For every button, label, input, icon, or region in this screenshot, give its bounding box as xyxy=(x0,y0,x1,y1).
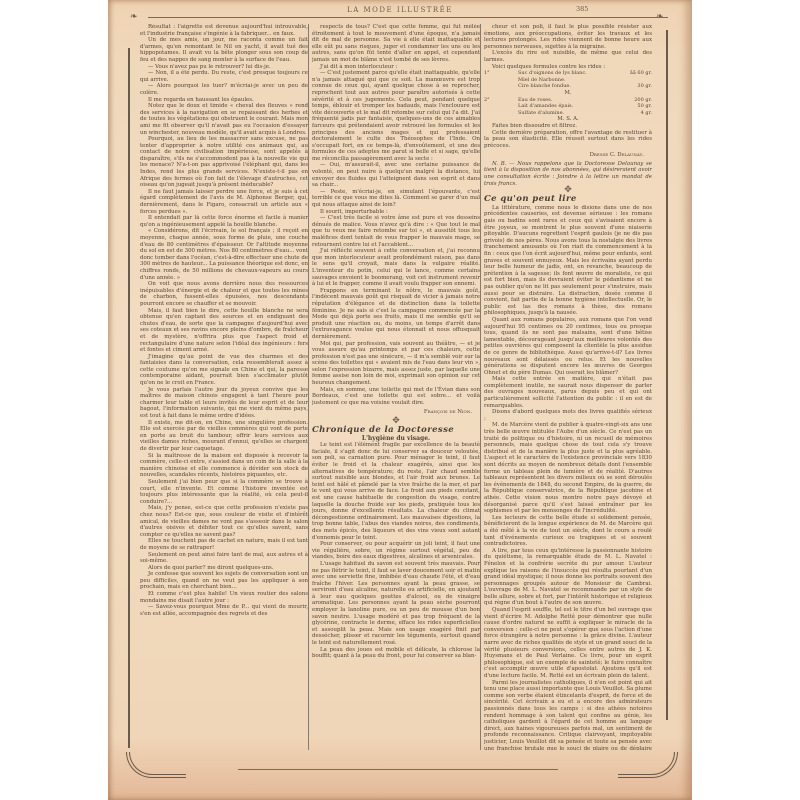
nb-note: N. B. — Nous rappelons que la Doctoresse… xyxy=(484,161,652,187)
paragraph: — Non, il a été perdu. Du reste, c'est p… xyxy=(140,70,308,83)
paragraph: L'excès du rire est nuisible, de même qu… xyxy=(484,50,652,63)
doctoresse-signature: Dresse C. Delaunay. xyxy=(484,152,644,159)
ornamental-corner-right-icon xyxy=(618,752,678,778)
paragraph: Je vous parlais l'autre jour du joyeux c… xyxy=(140,387,308,420)
paragraph: Faites bien dissoudre et filtrez. xyxy=(484,123,652,130)
paragraph: Quand l'esprit souffle, tel est le titre… xyxy=(484,607,652,680)
paragraph: Résultat : l'aigrette est devenue aujour… xyxy=(140,24,308,37)
paragraph: Mais cette entrée en matière, qui n'étai… xyxy=(484,376,652,409)
page-header: ❧ LA MODE ILLUSTRÉE 385 ❧ xyxy=(108,0,692,20)
paragraph: Il me regarda en haussant les épaules. xyxy=(140,97,308,104)
paragraph: — Savez-vous pourquoi Mme de P... qui vi… xyxy=(140,604,308,617)
paragraph: Il entendait par là cette force énorme e… xyxy=(140,215,308,228)
paragraph: — Peste, m'écriai-je, en simulant l'épou… xyxy=(312,189,480,209)
paragraph: Notez que le doux et timide « cheval des… xyxy=(140,103,308,136)
paragraph: « Considérons, dit l'écrivain, le sol fr… xyxy=(140,228,308,281)
paragraph: On voit que nous avons derrière nous des… xyxy=(140,281,308,307)
paragraph: — C'est justement parce qu'elle était in… xyxy=(312,70,480,162)
reading-text: La littérature, comme nous le disions da… xyxy=(484,205,652,750)
paragraph: Les lecteurs de cette belle étude si sol… xyxy=(484,515,652,548)
ornamental-corner-left-icon xyxy=(126,752,186,778)
page-number: 385 xyxy=(576,5,588,13)
paragraph: Mais, il faut bien le dire, cette houill… xyxy=(140,308,308,354)
paragraph: La littérature, comme nous le disions da… xyxy=(484,205,652,317)
paragraph: Un de mes amis, un jour, me raconta comm… xyxy=(140,37,308,63)
doctoresse-text: Le teint est l'élément fragile par excel… xyxy=(312,442,480,660)
paragraph: Il ne faut jamais laisser perdre une for… xyxy=(140,189,308,215)
section-title-doctoresse: Chronique de la Doctoresse xyxy=(312,425,480,436)
column-divider xyxy=(480,24,481,750)
paragraph: Cette dernière préparation, offre l'avan… xyxy=(484,130,652,150)
paragraph: cheur et son poli, il faut le plus possi… xyxy=(484,24,652,50)
formula-mark: M. S. A. xyxy=(484,116,652,123)
paragraph: Et comme c'est plus habile! Un vieux rou… xyxy=(140,591,308,604)
paragraph: La peau des joues est mobile et délicate… xyxy=(312,647,480,660)
paragraph: J'imagine qu'au point de vue des charmes… xyxy=(140,354,308,387)
paragraph: Alors de quoi parler? me diront quelques… xyxy=(140,565,308,572)
page-title: LA MODE ILLUSTRÉE xyxy=(108,6,692,14)
paragraph: M. de Marcère vient de publier à quatre-… xyxy=(484,422,652,514)
column-3: cheur et son poli, il faut le plus possi… xyxy=(484,24,652,750)
formula-row: Cire blanche fondue.30 gr. xyxy=(484,83,652,90)
formulas-list: 1°Suc d'oignons de lys blanc.ãã 60 gr.Mi… xyxy=(484,70,652,123)
paragraph: Quant aux romans populaires, aux romans … xyxy=(484,317,652,376)
paragraph: Seulement j'ai bien peur que si la commè… xyxy=(140,479,308,505)
paragraph: Elles ne touchent pas de cachet en natur… xyxy=(140,538,308,551)
paragraph: Mais, j'y pense, est-ce que cette profes… xyxy=(140,505,308,538)
paragraph: — Oui, m'assurait-il, avec une certaine … xyxy=(312,162,480,188)
formula-row: Miel de Narbonne. xyxy=(484,77,652,84)
paragraph: Voici quelques formules contre les rides… xyxy=(484,64,652,71)
paragraph: Disons d'abord quelques mots des livres … xyxy=(484,409,652,422)
newspaper-page: ❧ LA MODE ILLUSTRÉE 385 ❧ Résultat : l'a… xyxy=(108,0,692,800)
paragraph: Il existe, me dit-on, en Chine, une sing… xyxy=(140,420,308,453)
paragraph: A lire, par tous ceux qu'intéresse la pa… xyxy=(484,548,652,607)
paragraph: Seulement on peut ainsi faire tant de ma… xyxy=(140,552,308,565)
paragraph: Parmi les journalistes catholiques, il n… xyxy=(484,680,652,750)
formula-row: Sulfate d'alumine.4 gr. xyxy=(484,110,652,117)
formula-row: Lait d'amandes épais.50 gr. xyxy=(484,103,652,110)
paragraph: respects de tous? C'est que cette femme,… xyxy=(312,24,480,64)
paragraph: Pour conserver, ou pour acquérir un joli… xyxy=(312,541,480,561)
header-rule xyxy=(148,17,668,18)
author-signature: François de Nion. xyxy=(312,409,472,416)
paragraph: J'ai réfléchi souvent à cette conversati… xyxy=(312,248,480,288)
paragraph: Mais, en somme, une toilette qui met de … xyxy=(312,387,480,407)
section-divider-icon: ✥ xyxy=(484,187,652,194)
doctoresse-continued: cheur et son poli, il faut le plus possi… xyxy=(484,24,652,70)
paragraph: Pourquoi, au lieu de les massacrer sans … xyxy=(140,136,308,189)
section-divider-icon: ✥ xyxy=(312,418,480,425)
frame-bottom-rule xyxy=(238,769,558,770)
paragraph: L'usage habituel du savon est souvent tr… xyxy=(312,561,480,647)
paragraph: — C'est très facile si votre âme est pur… xyxy=(312,215,480,248)
column-divider xyxy=(308,24,309,750)
paragraph: Moi qui, par profession, vais souvent au… xyxy=(312,341,480,387)
frame-right-border xyxy=(666,30,668,720)
paragraph: Le teint est l'élément fragile par excel… xyxy=(312,442,480,541)
paragraph: — Alors pourquoi les tuer? m'écriai-je a… xyxy=(140,83,308,96)
paragraph: Frappons en terminant le nôtre, le mauva… xyxy=(312,288,480,341)
section-title-lire: Ce qu'on peut lire xyxy=(484,194,652,205)
chronicle-text: respects de tous? C'est que cette femme,… xyxy=(312,24,480,406)
paragraph: Je confesse que souvent les sujets de co… xyxy=(140,571,308,591)
frame-left-border xyxy=(128,48,130,748)
column-2: respects de tous? C'est que cette femme,… xyxy=(312,24,480,750)
formula-mark: M. xyxy=(484,90,652,97)
paragraph: Si la maîtresse de la maison est disposé… xyxy=(140,453,308,479)
formula-notes: Faites bien dissoudre et filtrez.Cette d… xyxy=(484,123,652,149)
column-1: Résultat : l'aigrette est devenue aujour… xyxy=(140,24,308,750)
formula-row: 1°Suc d'oignons de lys blanc.ãã 60 gr. xyxy=(484,70,652,77)
